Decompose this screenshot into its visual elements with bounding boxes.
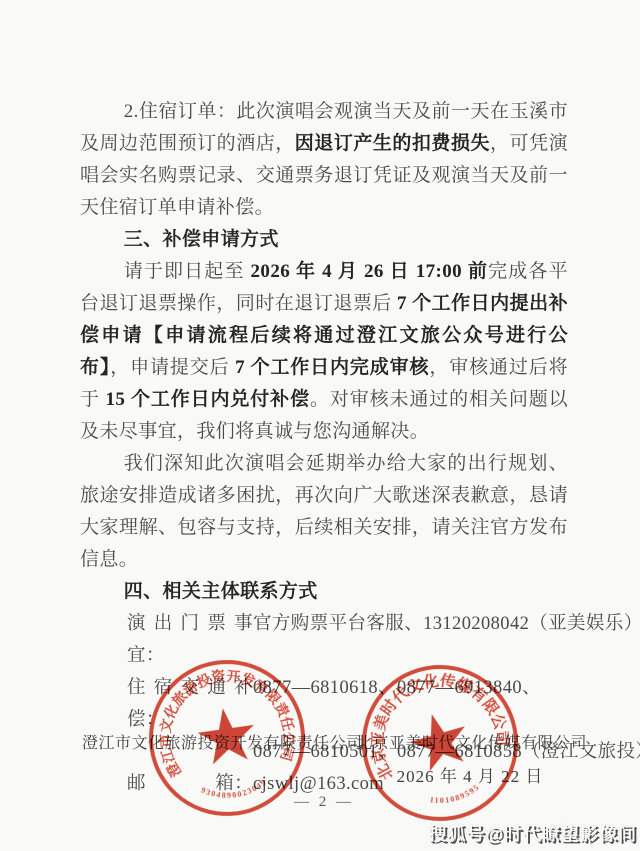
stamp-star-icon — [195, 704, 259, 766]
watermark: 搜狐号@时代瞭望影像间 — [428, 820, 637, 846]
paragraph: 请于即日起至 2026 年 4 月 26 日 17:00 前完成各平台退订退票操… — [80, 256, 568, 448]
section-heading: 四、相关主体联系方式 — [80, 576, 568, 608]
page-number: — 2 — — [0, 794, 640, 811]
paragraph: 我们深知此次演唱会延期举办给大家的出行规划、旅途安排造成诸多困扰，再次向广大歌迷… — [80, 448, 568, 576]
section-heading: 三、补偿申请方式 — [80, 224, 568, 256]
stamp-star-icon — [404, 706, 474, 774]
paragraph: 2.住宿订单：此次演唱会观演当天及前一天在玉溪市及周边范围预订的酒店，因退订产生… — [80, 96, 568, 224]
page-root: { "meta": { "page_number": "— 2 —", "wat… — [0, 0, 640, 851]
